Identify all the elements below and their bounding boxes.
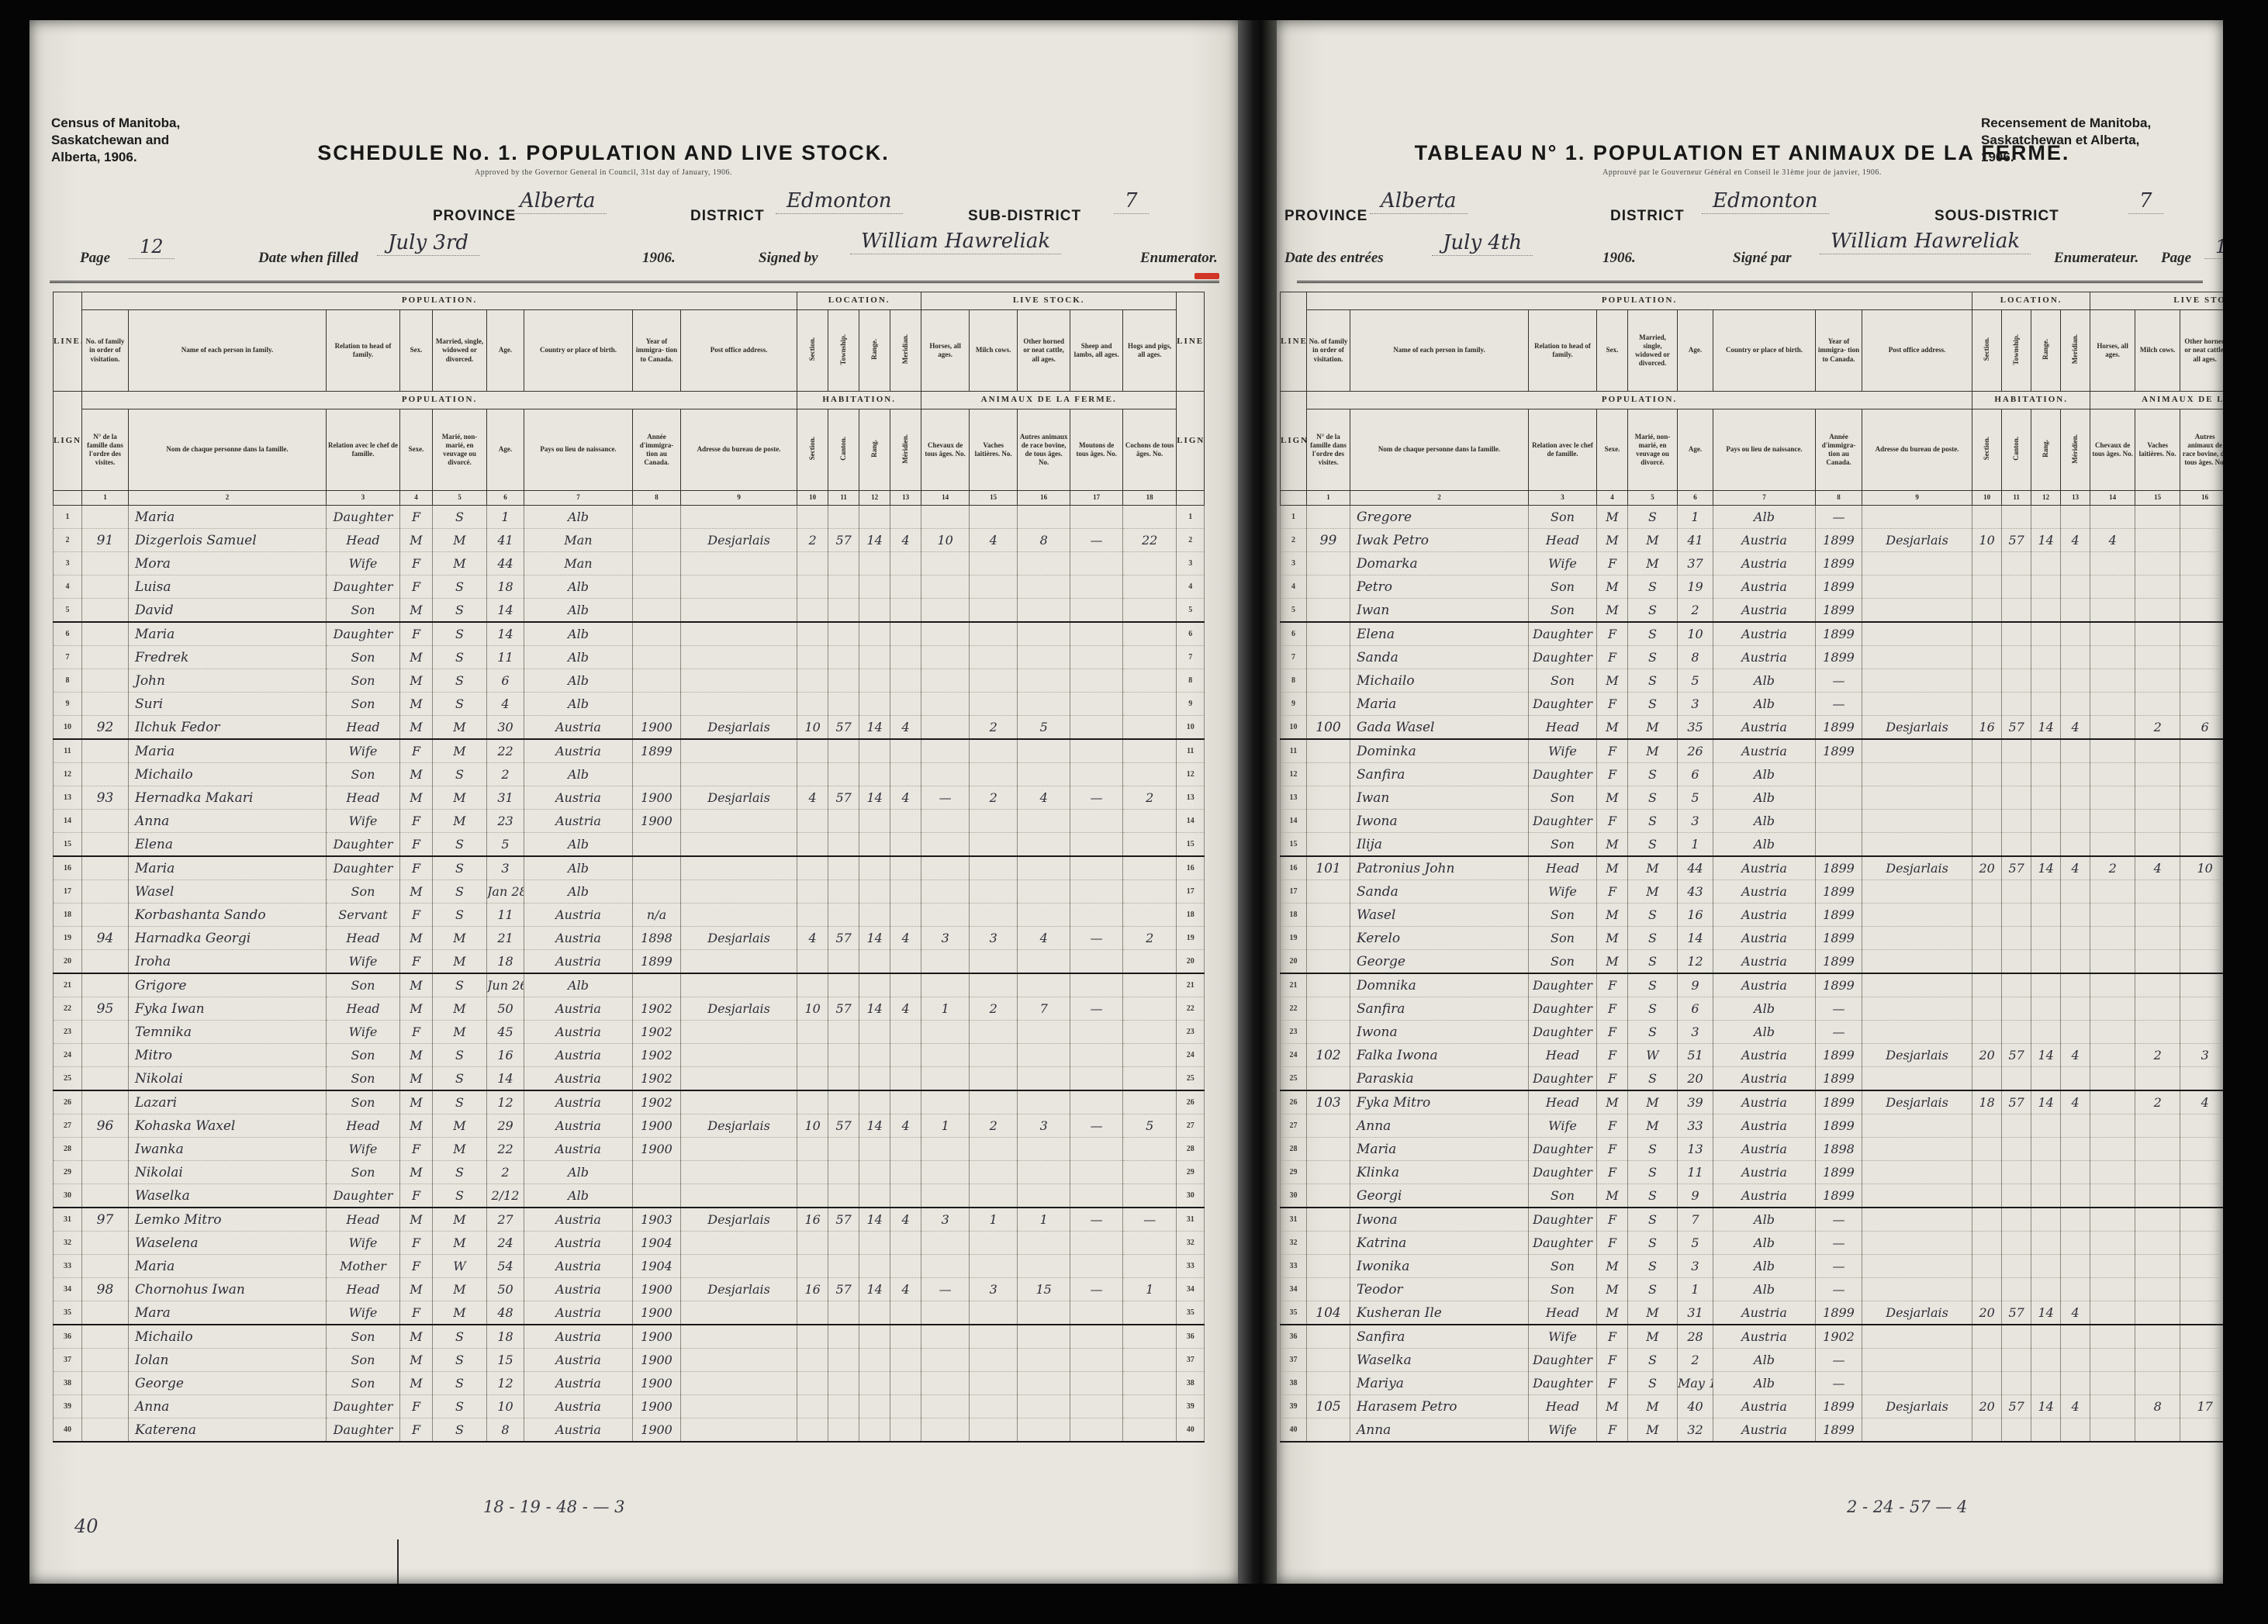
- cell-milch: [970, 622, 1018, 646]
- cell-immigration: 1902: [633, 1090, 681, 1114]
- cell-sex: F: [1597, 739, 1628, 763]
- line-number: 24: [1281, 1044, 1307, 1067]
- cell-sheep: [1070, 973, 1123, 997]
- cell-cattle: [1018, 622, 1070, 646]
- cell-marital: M: [1628, 716, 1678, 740]
- cell-marital: S: [433, 880, 487, 904]
- cell-horses: 3: [921, 1208, 970, 1232]
- cell-township: [828, 880, 859, 904]
- cell-birth: Austria: [1713, 950, 1816, 974]
- col-postoffice: Post office address.: [1862, 310, 1972, 392]
- cell-sheep: [1070, 1138, 1123, 1161]
- cell-sex: M: [1597, 927, 1628, 950]
- cell-township: [828, 1325, 859, 1349]
- cell-cattle: [1018, 1395, 1070, 1418]
- cell-sheep: [1070, 833, 1123, 857]
- table-row: 8MichailoSonMS5Alb—8: [1281, 669, 2224, 693]
- cell-birth: Austria: [1713, 973, 1816, 997]
- cell-birth: Austria: [524, 1349, 633, 1372]
- cell-milch: [2135, 669, 2180, 693]
- cell-marital: S: [433, 575, 487, 599]
- cell-name: Georgi: [1350, 1184, 1529, 1208]
- cell-sex: F: [400, 1021, 433, 1044]
- col-birth: Pays ou lieu de naissance.: [1713, 409, 1816, 491]
- line-number: 40: [1281, 1418, 1307, 1443]
- cell-name: Nikolai: [129, 1161, 327, 1184]
- cell-horses: [921, 1021, 970, 1044]
- cell-township: [828, 552, 859, 575]
- cell-relation: Wife: [1529, 739, 1597, 763]
- colnum-10: 10: [1972, 491, 2002, 506]
- cell-immigration: 1899: [1816, 1418, 1862, 1443]
- cell-postoffice: [1862, 622, 1972, 646]
- cell-marital: S: [1628, 997, 1678, 1021]
- cell-relation: Son: [327, 599, 400, 623]
- cell-meridian: [890, 552, 921, 575]
- table-row: 3197Lemko MitroHeadMM27Austria1903Desjar…: [54, 1208, 1205, 1232]
- cell-postoffice: [681, 1255, 797, 1278]
- line-number: 1: [54, 506, 82, 529]
- cell-milch: [970, 669, 1018, 693]
- cell-cattle: [1018, 1184, 1070, 1208]
- cell-sheep: [1070, 1301, 1123, 1325]
- cell-relation: Wife: [1529, 552, 1597, 575]
- cell-immigration: 1899: [633, 950, 681, 974]
- cell-meridian: 4: [890, 786, 921, 810]
- col-age: Age.: [1678, 409, 1713, 491]
- line-number: 29: [1281, 1161, 1307, 1184]
- cell-sex: F: [1597, 880, 1628, 904]
- cell-township: [2002, 1114, 2031, 1138]
- cell-postoffice: [1862, 1114, 1972, 1138]
- table-row: 26103Fyka MitroHeadMM39Austria1899Desjar…: [1281, 1090, 2224, 1114]
- colnum-4: 4: [1597, 491, 1628, 506]
- cell-milch: [970, 810, 1018, 833]
- cell-meridian: [2061, 552, 2090, 575]
- line-number: 37: [1281, 1349, 1307, 1372]
- cell-age: 2: [1678, 599, 1713, 623]
- cell-township: [828, 1232, 859, 1255]
- cell-township: [2002, 904, 2031, 927]
- cell-hogs: [1123, 1232, 1177, 1255]
- line-number: 8: [54, 669, 82, 693]
- cell-relation: Mother: [327, 1255, 400, 1278]
- recensement-corner-title: Recensement de Manitoba, Saskatchewan et…: [1981, 115, 2221, 166]
- subdistrict-value: 7: [1114, 189, 1149, 214]
- cell-relation: Daughter: [327, 622, 400, 646]
- cell-township: [828, 1349, 859, 1372]
- line-number: 9: [1281, 693, 1307, 716]
- col-line-en: LINE.: [1281, 292, 1307, 392]
- cell-hogs: [1123, 506, 1177, 529]
- cell-cattle: [2180, 1021, 2223, 1044]
- cell-horses: [2090, 693, 2135, 716]
- cell-township: [2002, 1138, 2031, 1161]
- cell-immigration: 1899: [1816, 880, 1862, 904]
- cell-immigration: —: [1816, 1372, 1862, 1395]
- cell-cattle: [2180, 1418, 2223, 1443]
- cell-township: 57: [828, 1278, 859, 1301]
- cell-name: Petro: [1350, 575, 1529, 599]
- cell-name: Klinka: [1350, 1161, 1529, 1184]
- cell-name: Kerelo: [1350, 927, 1529, 950]
- cell-family: [1307, 622, 1350, 646]
- cell-range: [859, 693, 890, 716]
- cell-postoffice: [1862, 1255, 1972, 1278]
- cell-birth: Austria: [524, 1325, 633, 1349]
- cell-family: [1307, 1278, 1350, 1301]
- line-number: 23: [1177, 1021, 1205, 1044]
- cell-cattle: [1018, 763, 1070, 786]
- cell-meridian: 4: [890, 997, 921, 1021]
- cell-birth: Austria: [1713, 529, 1816, 552]
- line-number: 13: [54, 786, 82, 810]
- cell-horses: 10: [921, 529, 970, 552]
- cell-horses: [921, 622, 970, 646]
- table-row: 3498Chornohus IwanHeadMM50Austria1900Des…: [54, 1278, 1205, 1301]
- cell-horses: [921, 552, 970, 575]
- cell-family: [82, 1090, 129, 1114]
- cell-township: [828, 693, 859, 716]
- cell-cattle: [1018, 739, 1070, 763]
- line-number: 39: [54, 1395, 82, 1418]
- col-name: Nom de chaque personne dans la famille.: [129, 409, 327, 491]
- cell-postoffice: [681, 904, 797, 927]
- cell-milch: [970, 1349, 1018, 1372]
- cell-relation: Son: [1529, 1278, 1597, 1301]
- cell-cattle: [1018, 856, 1070, 880]
- cell-section: 4: [797, 927, 828, 950]
- cell-family: [1307, 927, 1350, 950]
- cell-milch: [2135, 1325, 2180, 1349]
- table-row: 9MariaDaughterFS3Alb—9: [1281, 693, 2224, 716]
- cell-relation: Head: [1529, 1090, 1597, 1114]
- cell-hogs: [1123, 1044, 1177, 1067]
- cell-sheep: [1070, 1161, 1123, 1184]
- cell-family: [1307, 810, 1350, 833]
- cell-section: [1972, 973, 2002, 997]
- cell-birth: Austria: [1713, 1114, 1816, 1138]
- cell-range: [2031, 810, 2061, 833]
- colnum-17: 17: [1070, 491, 1123, 506]
- cell-hogs: [1123, 716, 1177, 740]
- table-row: 8JohnSonMS6Alb8: [54, 669, 1205, 693]
- cell-meridian: 4: [2061, 1044, 2090, 1067]
- cell-age: Jan 28: [487, 880, 524, 904]
- cell-birth: Alb: [1713, 1278, 1816, 1301]
- colnum-3: 3: [1529, 491, 1597, 506]
- line-number: 2: [1281, 529, 1307, 552]
- cell-section: [1972, 950, 2002, 974]
- cell-immigration: [633, 1184, 681, 1208]
- col-cattle: Other horned or neat cattle, all ages.: [1018, 310, 1070, 392]
- cell-range: [2031, 575, 2061, 599]
- cell-cattle: 17: [2180, 1395, 2223, 1418]
- table-row: 16MariaDaughterFS3Alb16: [54, 856, 1205, 880]
- cell-township: 57: [2002, 1044, 2031, 1067]
- colnum-11: 11: [828, 491, 859, 506]
- cell-immigration: 1902: [633, 1021, 681, 1044]
- cell-family: [1307, 973, 1350, 997]
- cell-age: 10: [487, 1395, 524, 1418]
- line-number: 26: [1177, 1090, 1205, 1114]
- cell-hogs: [1123, 1418, 1177, 1443]
- cell-section: [1972, 927, 2002, 950]
- cell-range: 14: [2031, 1301, 2061, 1325]
- cell-birth: Alb: [1713, 693, 1816, 716]
- line-number: 7: [1177, 646, 1205, 669]
- cell-sex: M: [400, 1325, 433, 1349]
- cell-cattle: [2180, 646, 2223, 669]
- cell-hogs: 5: [1123, 1114, 1177, 1138]
- cell-name: Chornohus Iwan: [129, 1278, 327, 1301]
- cell-marital: M: [1628, 1325, 1678, 1349]
- line-number: 38: [1177, 1372, 1205, 1395]
- col-cattle: Other horned or neat cattle, all ages.: [2180, 310, 2223, 392]
- cell-family: [82, 1255, 129, 1278]
- cell-age: 44: [1678, 856, 1713, 880]
- cell-birth: Austria: [524, 997, 633, 1021]
- cell-immigration: 1900: [633, 810, 681, 833]
- cell-section: [1972, 833, 2002, 857]
- col-meridian: Meridian.: [2061, 310, 2090, 392]
- cell-name: Maria: [1350, 693, 1529, 716]
- line-number: 28: [1177, 1138, 1205, 1161]
- cell-hogs: 2: [1123, 927, 1177, 950]
- cell-township: 57: [828, 786, 859, 810]
- line-number: 25: [1281, 1067, 1307, 1091]
- cell-marital: S: [433, 1395, 487, 1418]
- cell-postoffice: [681, 810, 797, 833]
- cell-range: 14: [2031, 1090, 2061, 1114]
- cell-relation: Head: [327, 529, 400, 552]
- cell-postoffice: [681, 693, 797, 716]
- cell-range: [2031, 646, 2061, 669]
- col-township: Township.: [828, 310, 859, 392]
- col-relation: Relation avec le chef de famille.: [1529, 409, 1597, 491]
- cell-section: [1972, 1114, 2002, 1138]
- col-age: Age.: [487, 409, 524, 491]
- cell-family: 101: [1307, 856, 1350, 880]
- cell-section: [797, 1349, 828, 1372]
- cell-meridian: [890, 693, 921, 716]
- col-line-fr: LIGNE.: [1281, 392, 1307, 491]
- line-number: 5: [54, 599, 82, 623]
- cell-sex: M: [1597, 1090, 1628, 1114]
- cell-horses: 2: [2090, 856, 2135, 880]
- cell-cattle: [1018, 1349, 1070, 1372]
- cell-range: [859, 950, 890, 974]
- cell-section: [1972, 1067, 2002, 1091]
- cell-cattle: [2180, 1301, 2223, 1325]
- cell-range: [2031, 950, 2061, 974]
- cell-marital: M: [433, 1301, 487, 1325]
- cell-cattle: [1018, 1301, 1070, 1325]
- cell-cattle: 15: [1018, 1278, 1070, 1301]
- line-number: 2: [1177, 529, 1205, 552]
- cell-section: [797, 1255, 828, 1278]
- cell-horses: [2090, 1090, 2135, 1114]
- cell-township: [2002, 669, 2031, 693]
- cell-marital: M: [1628, 1090, 1678, 1114]
- cell-postoffice: Desjarlais: [681, 927, 797, 950]
- cell-postoffice: [1862, 552, 1972, 575]
- table-row: 25ParaskiaDaughterFS20Austria189925: [1281, 1067, 2224, 1091]
- cell-postoffice: [1862, 1349, 1972, 1372]
- cell-meridian: [890, 950, 921, 974]
- cell-family: 100: [1307, 716, 1350, 740]
- cell-age: 3: [1678, 810, 1713, 833]
- cell-horses: [921, 904, 970, 927]
- cell-marital: M: [433, 1232, 487, 1255]
- col-birth: Country or place of birth.: [1713, 310, 1816, 392]
- cell-cattle: [2180, 1255, 2223, 1278]
- cell-marital: S: [1628, 599, 1678, 623]
- table-row: 21GrigoreSonMSJun 26Alb21: [54, 973, 1205, 997]
- cell-section: [797, 646, 828, 669]
- cell-birth: Alb: [524, 599, 633, 623]
- cell-horses: [2090, 833, 2135, 857]
- line-number: 37: [54, 1349, 82, 1372]
- cell-milch: [2135, 927, 2180, 950]
- cell-name: David: [129, 599, 327, 623]
- cell-birth: Alb: [1713, 506, 1816, 529]
- cell-age: May 16: [1678, 1372, 1713, 1395]
- cell-milch: [970, 739, 1018, 763]
- cell-relation: Head: [1529, 1044, 1597, 1067]
- cell-marital: M: [1628, 856, 1678, 880]
- cell-family: [82, 739, 129, 763]
- cell-relation: Son: [327, 1044, 400, 1067]
- cell-relation: Daughter: [1529, 646, 1597, 669]
- cell-family: [82, 880, 129, 904]
- cell-age: 31: [487, 786, 524, 810]
- cell-milch: [970, 1184, 1018, 1208]
- line-number: 18: [1281, 904, 1307, 927]
- cell-cattle: [2180, 506, 2223, 529]
- cell-relation: Daughter: [1529, 1232, 1597, 1255]
- cell-cattle: [2180, 1372, 2223, 1395]
- cell-name: Ilija: [1350, 833, 1529, 857]
- cell-birth: Austria: [524, 1278, 633, 1301]
- cell-relation: Son: [327, 763, 400, 786]
- cell-postoffice: [1862, 1067, 1972, 1091]
- cell-birth: Austria: [1713, 1184, 1816, 1208]
- cell-relation: Son: [327, 693, 400, 716]
- table-row: 39105Harasem PetroHeadMM40Austria1899Des…: [1281, 1395, 2224, 1418]
- cell-meridian: [890, 1349, 921, 1372]
- cell-milch: 2: [2135, 1090, 2180, 1114]
- cell-milch: [2135, 1255, 2180, 1278]
- cell-township: [2002, 1067, 2031, 1091]
- sousdistrict-value: 7: [2128, 189, 2163, 214]
- cell-marital: M: [1628, 1395, 1678, 1418]
- cell-postoffice: [1862, 1278, 1972, 1301]
- line-number: 16: [1177, 856, 1205, 880]
- cell-meridian: [2061, 950, 2090, 974]
- cell-township: [2002, 1184, 2031, 1208]
- cell-sex: F: [400, 1232, 433, 1255]
- cell-cattle: 1: [1018, 1208, 1070, 1232]
- cell-range: [859, 904, 890, 927]
- cell-range: [859, 599, 890, 623]
- line-number: 10: [54, 716, 82, 740]
- cell-sex: F: [1597, 1372, 1628, 1395]
- cell-birth: Alb: [524, 1161, 633, 1184]
- cell-milch: [2135, 1138, 2180, 1161]
- cell-immigration: [633, 763, 681, 786]
- cell-section: [797, 1372, 828, 1395]
- year-value: 1906.: [642, 250, 676, 267]
- cell-postoffice: [1862, 646, 1972, 669]
- cell-range: [2031, 1325, 2061, 1349]
- cell-cattle: [1018, 1418, 1070, 1443]
- cell-horses: [2090, 786, 2135, 810]
- cell-marital: S: [1628, 1161, 1678, 1184]
- table-row: 28IwankaWifeFM22Austria190028: [54, 1138, 1205, 1161]
- cell-family: [1307, 950, 1350, 974]
- line-number: 4: [1177, 575, 1205, 599]
- cell-milch: [2135, 1021, 2180, 1044]
- cell-immigration: 1898: [633, 927, 681, 950]
- cell-cattle: [2180, 1114, 2223, 1138]
- line-number: 35: [1177, 1301, 1205, 1325]
- cell-sex: F: [400, 904, 433, 927]
- cell-sex: F: [1597, 1349, 1628, 1372]
- cell-township: [828, 575, 859, 599]
- cell-name: Wasel: [129, 880, 327, 904]
- line-number: 9: [1177, 693, 1205, 716]
- table-row: 30WaselkaDaughterFS2/12Alb30: [54, 1184, 1205, 1208]
- cell-relation: Servant: [327, 904, 400, 927]
- cell-immigration: 1900: [633, 716, 681, 740]
- col-horses: Horses, all ages.: [921, 310, 970, 392]
- cell-immigration: 1900: [633, 786, 681, 810]
- cell-horses: [2090, 973, 2135, 997]
- group-population-fr: POPULATION.: [1307, 392, 1972, 409]
- cell-postoffice: [1862, 786, 1972, 810]
- col-cattle: Autres animaux de race bovine, de tous â…: [2180, 409, 2223, 491]
- cell-sex: M: [400, 716, 433, 740]
- cell-immigration: 1902: [633, 1067, 681, 1091]
- cell-milch: [970, 1161, 1018, 1184]
- cell-age: 1: [487, 506, 524, 529]
- line-number: 9: [54, 693, 82, 716]
- colnum-3: 3: [327, 491, 400, 506]
- cell-name: Korbashanta Sando: [129, 904, 327, 927]
- cell-postoffice: [681, 1301, 797, 1325]
- cell-milch: [2135, 810, 2180, 833]
- cell-cattle: [2180, 1161, 2223, 1184]
- cell-horses: [921, 1418, 970, 1443]
- cell-cattle: [2180, 693, 2223, 716]
- cell-cattle: [1018, 646, 1070, 669]
- cell-postoffice: Desjarlais: [1862, 1395, 1972, 1418]
- cell-sex: M: [1597, 575, 1628, 599]
- cell-marital: M: [433, 529, 487, 552]
- cell-cattle: [1018, 669, 1070, 693]
- cell-range: [2031, 693, 2061, 716]
- cell-age: 28: [1678, 1325, 1713, 1349]
- cell-marital: S: [1628, 833, 1678, 857]
- cell-postoffice: Desjarlais: [681, 1278, 797, 1301]
- approval-line: Approved by the Governor General in Coun…: [262, 168, 945, 177]
- cell-sex: M: [400, 646, 433, 669]
- cell-hogs: [1123, 646, 1177, 669]
- line-number: 7: [1281, 646, 1307, 669]
- cell-age: 14: [1678, 927, 1713, 950]
- cell-horses: [2090, 997, 2135, 1021]
